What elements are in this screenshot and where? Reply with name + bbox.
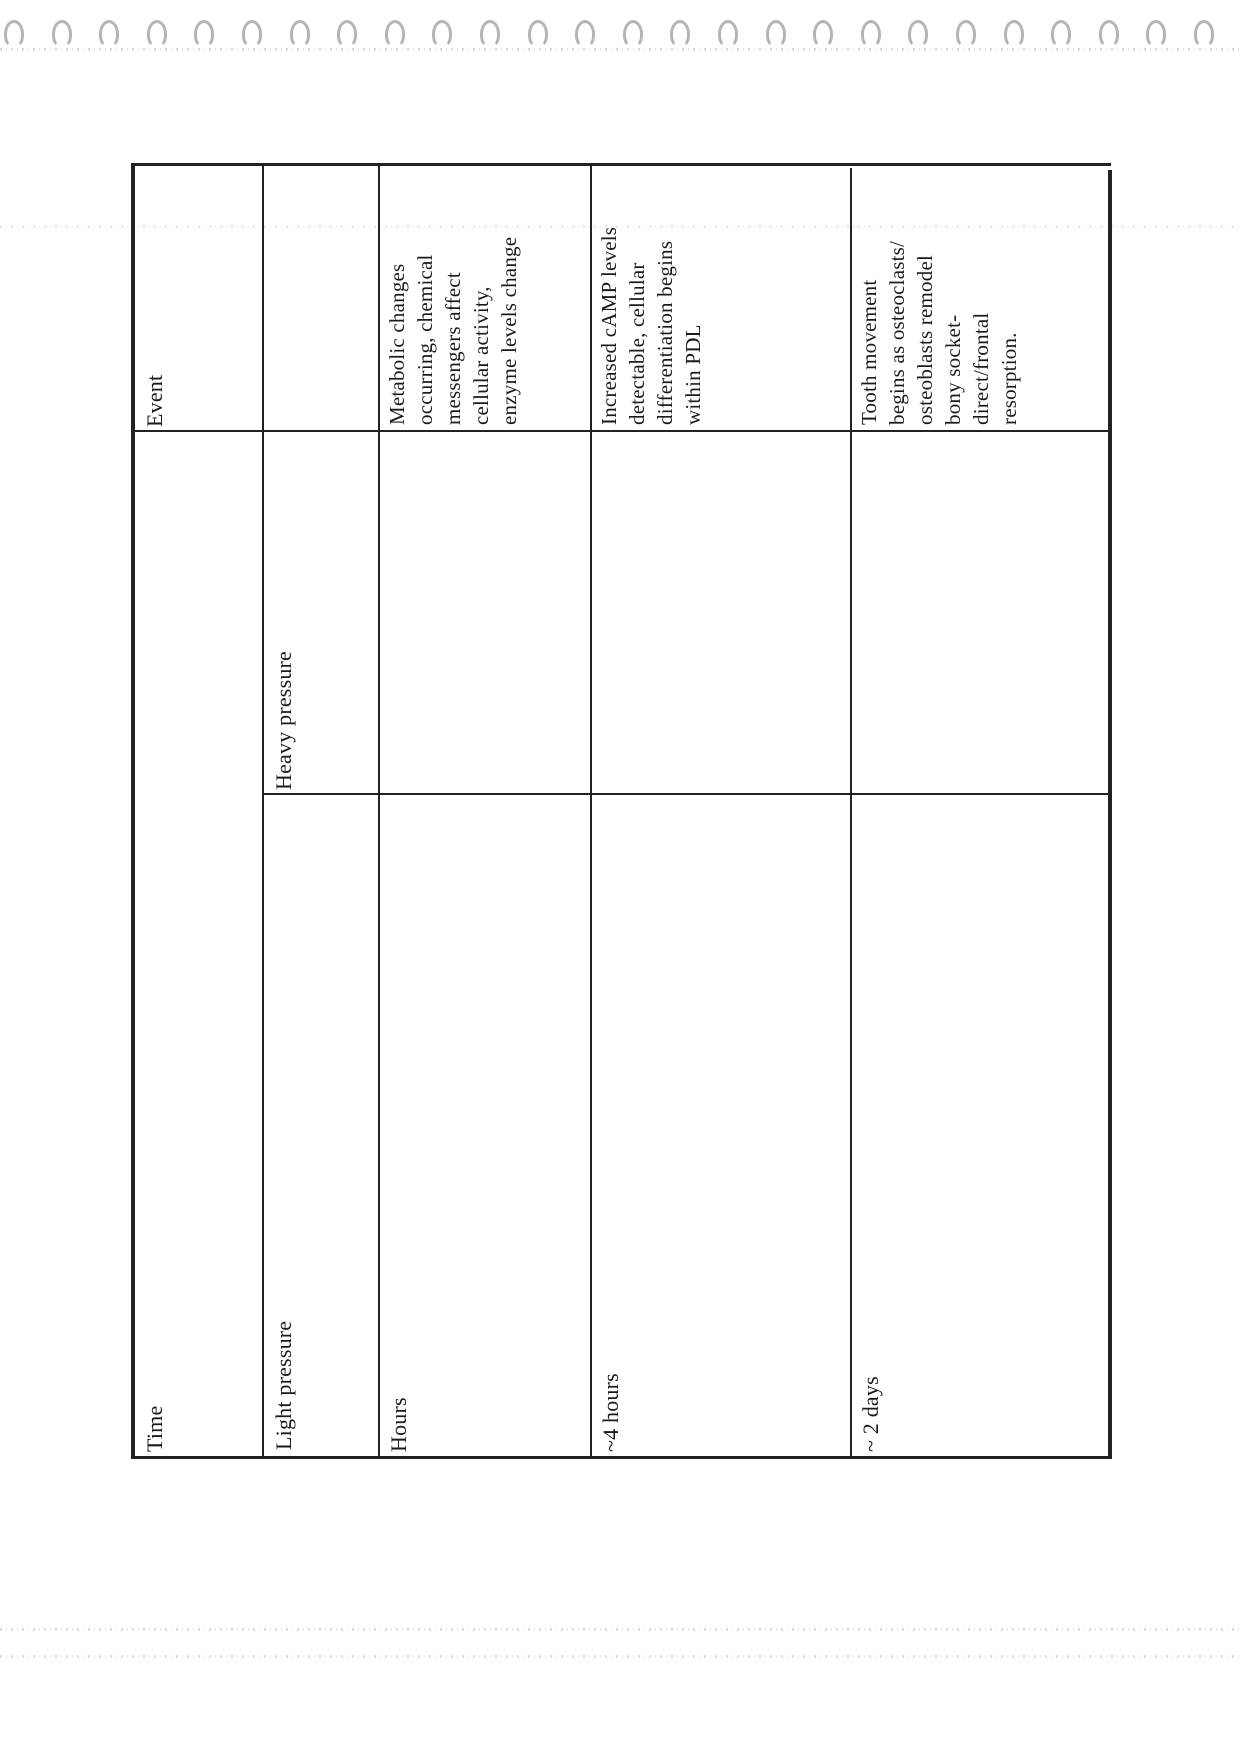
divider-heavy-light bbox=[263, 793, 1109, 795]
punch-hole-icon bbox=[813, 20, 833, 48]
row-2-event: Increased cAMP levels detectable, cellul… bbox=[596, 227, 708, 425]
punch-hole-icon bbox=[670, 20, 690, 48]
punch-hole-icon bbox=[480, 20, 500, 48]
table-border-top bbox=[133, 163, 1111, 166]
punch-hole-icon bbox=[908, 20, 928, 48]
punch-hole-icon bbox=[290, 20, 310, 48]
table-border-right bbox=[1108, 170, 1112, 1459]
punch-hole-icon bbox=[1004, 20, 1024, 48]
punch-hole-icon bbox=[1051, 20, 1071, 48]
row-2-light-pressure: ~4 hours bbox=[596, 1373, 625, 1452]
punch-hole-icon bbox=[52, 20, 72, 48]
punch-hole-icon bbox=[956, 20, 976, 48]
punch-hole-icon bbox=[528, 20, 548, 48]
scan-noise bbox=[0, 1628, 1240, 1631]
punch-hole-icon bbox=[432, 20, 452, 48]
punch-hole-icon bbox=[861, 20, 881, 48]
scan-noise bbox=[0, 48, 1240, 51]
punch-hole-icon bbox=[718, 20, 738, 48]
row-1-event: Metabolic changes occurring, chemical me… bbox=[384, 237, 524, 425]
punch-hole-icon bbox=[385, 20, 405, 48]
punch-hole-icon bbox=[623, 20, 643, 48]
row-3-light-pressure: ~ 2 days bbox=[856, 1376, 885, 1452]
punch-hole-icon bbox=[1194, 20, 1214, 48]
punch-hole-icon bbox=[194, 20, 214, 48]
punch-hole-icon bbox=[242, 20, 262, 48]
table-border-left bbox=[131, 163, 135, 1459]
punch-hole-icon bbox=[99, 20, 119, 48]
header-heavy-pressure: Heavy pressure bbox=[269, 651, 298, 790]
row-1-light-pressure: Hours bbox=[384, 1397, 413, 1452]
punch-hole-icon bbox=[766, 20, 786, 48]
divider-row-4hours bbox=[590, 166, 592, 1458]
punch-hole-icon bbox=[1099, 20, 1119, 48]
header-event: Event bbox=[140, 375, 169, 427]
punch-hole-icon bbox=[1146, 20, 1166, 48]
binder-holes bbox=[0, 20, 1240, 50]
punch-hole-icon bbox=[4, 20, 24, 48]
table-border-bottom bbox=[133, 1456, 1111, 1459]
divider-row-hours bbox=[378, 165, 380, 1458]
punch-hole-icon bbox=[575, 20, 595, 48]
punch-hole-icon bbox=[337, 20, 357, 48]
header-light-pressure: Light pressure bbox=[269, 1321, 298, 1450]
punch-hole-icon bbox=[147, 20, 167, 48]
header-time: Time bbox=[140, 1406, 169, 1452]
row-3-event: Tooth movement begins as osteoclasts/ os… bbox=[856, 241, 1024, 425]
scan-noise bbox=[0, 1655, 1240, 1658]
divider-row-2days bbox=[850, 168, 852, 1458]
divider-event bbox=[133, 430, 1109, 432]
divider-time-sub bbox=[262, 163, 264, 1458]
